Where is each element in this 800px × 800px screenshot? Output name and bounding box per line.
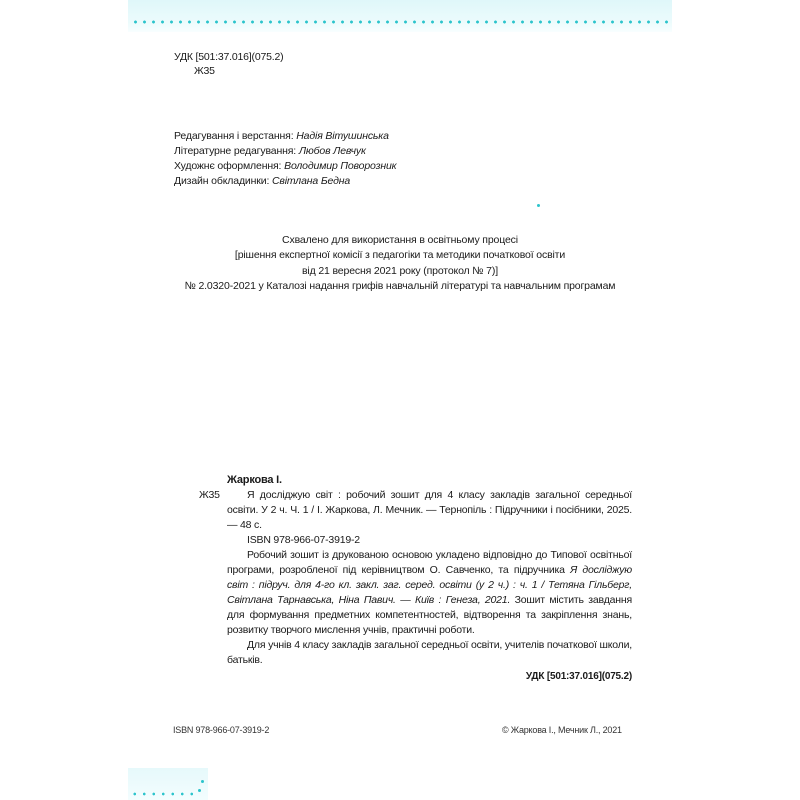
record-annotation: Робочий зошит із друкованою основою укла… xyxy=(227,548,632,638)
credit-label: Редагування і верстання: xyxy=(174,130,296,142)
approval-block: Схвалено для використання в освітньому п… xyxy=(160,233,640,294)
udk-header: УДК [501:37.016](075.2) Ж35 xyxy=(174,50,283,78)
record-isbn: ISBN 978-966-07-3919-2 xyxy=(227,533,632,548)
record-udk: УДК [501:37.016](075.2) xyxy=(227,669,632,684)
footer-copyright: © Жаркова І., Мечник Л., 2021 xyxy=(502,725,622,735)
top-decorative-band xyxy=(128,0,672,32)
credit-name: Надія Вітушинська xyxy=(296,130,389,142)
bibliographic-record: Жаркова І. Ж35 Я досліджую світ : робочи… xyxy=(227,473,632,684)
credit-line: Редагування і верстання: Надія Вітушинсь… xyxy=(174,129,396,144)
credits-block: Редагування і верстання: Надія Вітушинсь… xyxy=(174,129,396,189)
approval-line: № 2.0320-2021 у Каталозі надання грифів … xyxy=(160,279,640,294)
approval-line: від 21 вересня 2021 року (протокол № 7)] xyxy=(160,264,640,279)
bottom-dotted-line xyxy=(130,792,194,796)
record-author-mark: Ж35 xyxy=(199,488,220,503)
credit-label: Дизайн обкладинки: xyxy=(174,175,272,187)
credit-label: Художнє оформлення: xyxy=(174,160,284,172)
decorative-dot xyxy=(198,789,201,792)
credit-line: Літературне редагування: Любов Левчук xyxy=(174,144,396,159)
record-audience: Для учнів 4 класу закладів загальної сер… xyxy=(227,638,632,668)
author-mark: Ж35 xyxy=(174,64,283,78)
approval-line: [рішення експертної комісії з педагогіки… xyxy=(160,248,640,263)
footer-isbn: ISBN 978-966-07-3919-2 xyxy=(173,725,269,735)
credit-name: Любов Левчук xyxy=(299,145,366,157)
approval-line: Схвалено для використання в освітньому п… xyxy=(160,233,640,248)
credit-name: Світлана Бедна xyxy=(272,175,350,187)
record-body: Ж35 Я досліджую світ : робочий зошит для… xyxy=(227,488,632,533)
credit-line: Художнє оформлення: Володимир Поворозник xyxy=(174,159,396,174)
decorative-dot xyxy=(201,780,204,783)
top-dotted-line xyxy=(128,20,672,24)
record-author: Жаркова І. xyxy=(227,473,632,488)
credit-label: Літературне редагування: xyxy=(174,145,299,157)
udk-code: УДК [501:37.016](075.2) xyxy=(174,50,283,64)
record-title-entry: Я досліджую світ : робочий зошит для 4 к… xyxy=(227,488,632,533)
decorative-dot xyxy=(537,204,540,207)
credit-name: Володимир Поворозник xyxy=(284,160,396,172)
credit-line: Дизайн обкладинки: Світлана Бедна xyxy=(174,174,396,189)
